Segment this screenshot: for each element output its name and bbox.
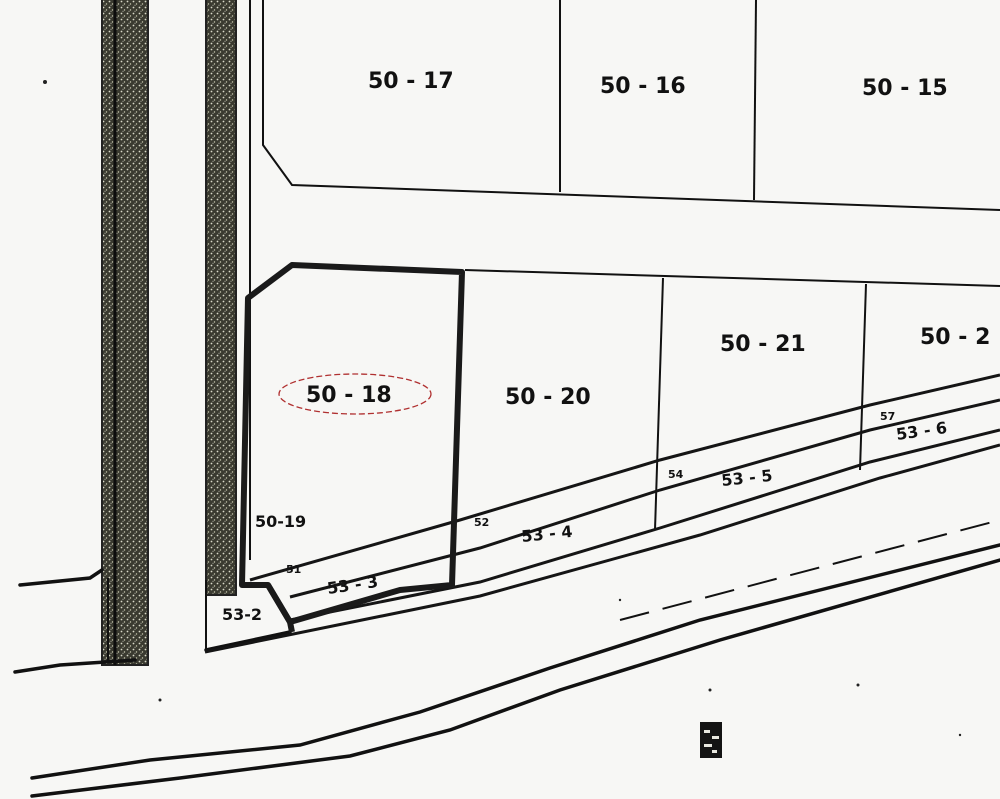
paper-background <box>0 0 1000 799</box>
parcel-label-50-15[interactable]: 50 - 15 <box>862 76 948 101</box>
parcel-label-50-18[interactable]: 50 - 18 <box>306 383 392 408</box>
lot-number-52: 52 <box>474 516 489 529</box>
lot-number-51: 51 <box>286 563 301 576</box>
parcel-label-53-2[interactable]: 53-2 <box>222 605 262 624</box>
parcel-label-50-16[interactable]: 50 - 16 <box>600 74 686 99</box>
lot-number-54: 54 <box>668 468 684 481</box>
parcel-label-50-2x[interactable]: 50 - 2 <box>920 325 990 350</box>
lot-number-57: 57 <box>880 410 895 423</box>
parcel-label-50-21[interactable]: 50 - 21 <box>720 332 806 357</box>
parcel-label-50-19[interactable]: 50-19 <box>255 512 306 531</box>
parcel-label-50-20[interactable]: 50 - 20 <box>505 385 591 410</box>
stamp-mark-icon <box>700 722 722 758</box>
parcel-map: 50 - 17 50 - 16 50 - 15 50 - 18 50 - 20 … <box>0 0 1000 799</box>
parcel-label-50-17[interactable]: 50 - 17 <box>368 69 454 94</box>
